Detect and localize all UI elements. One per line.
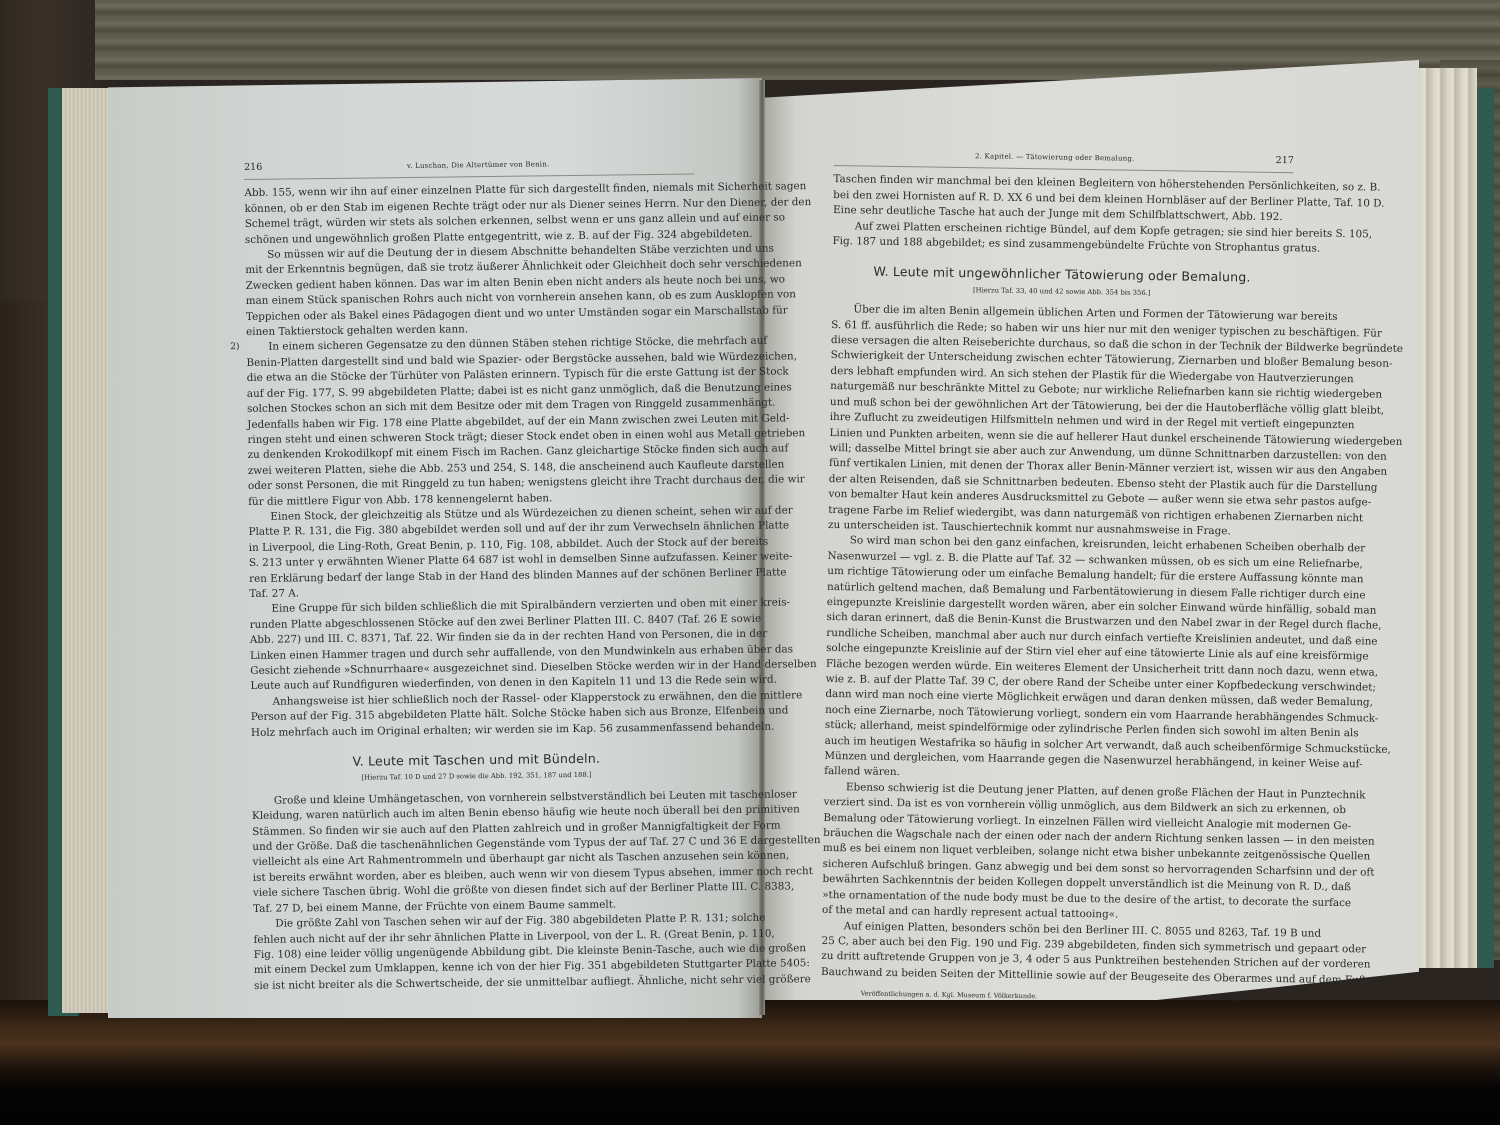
left-paragraph-8: Die größte Zahl von Taschen sehen wir au… — [253, 912, 704, 995]
page-edges-left — [62, 88, 110, 1013]
left-paragraph-4: Einen Stock, der gleichzeitig als Stütze… — [248, 504, 699, 602]
left-paragraph-7: Große und kleine Umhängetaschen, von vor… — [252, 788, 703, 917]
right-running-title: 2. Kapitel. — Tätowierung oder Bemalung. — [975, 149, 1135, 167]
left-paragraph-1: Abb. 155, wenn wir ihn auf einer einzeln… — [244, 181, 695, 248]
left-page-number: 216 — [244, 160, 262, 176]
right-paragraph-6: Auf einigen Platten, besonders schön bei… — [821, 918, 1282, 987]
left-paragraph-2: So müssen wir auf die Deutung der in die… — [245, 243, 696, 341]
photo-scene: 216 v. Luschan, Die Altertümer von Benin… — [0, 0, 1500, 1125]
right-page-number: 217 — [1276, 153, 1294, 169]
right-paragraph-3: Über die im alten Benin allgemein üblich… — [828, 302, 1292, 540]
left-paragraph-3: 2) In einem sicheren Gegensatze zu den d… — [246, 335, 698, 510]
right-paragraph-2: Auf zwei Platten erscheinen richtige Bün… — [832, 219, 1292, 257]
left-running-head: 216 v. Luschan, Die Altertümer von Benin… — [244, 155, 694, 181]
left-page-text: 216 v. Luschan, Die Altertümer von Benin… — [244, 155, 704, 995]
left-running-title: v. Luschan, Die Altertümer von Benin. — [407, 157, 550, 174]
right-paragraph-5: Ebenso schwierig ist die Deutung jener P… — [822, 780, 1284, 926]
table-edge-bottom — [0, 1000, 1500, 1125]
margin-mark: 2) — [230, 341, 239, 357]
left-paragraph-5: Eine Gruppe für sich bilden schließlich … — [249, 597, 700, 695]
right-page-text: 2. Kapitel. — Tätowierung oder Bemalung.… — [821, 146, 1294, 1009]
signature-mark: 28 — [1232, 992, 1241, 1008]
right-paragraph-1: Taschen finden wir manchmal bei den klei… — [833, 172, 1294, 225]
left-paragraph-6: Anhangsweise ist hier schließlich noch d… — [251, 689, 702, 741]
right-paragraph-4: So wird man schon bei den ganz einfachen… — [824, 533, 1288, 787]
section-subheading-v: [Hierzu Taf. 10 D und 27 D sowie die Abb… — [251, 767, 701, 788]
book-cover-right — [1476, 88, 1494, 968]
